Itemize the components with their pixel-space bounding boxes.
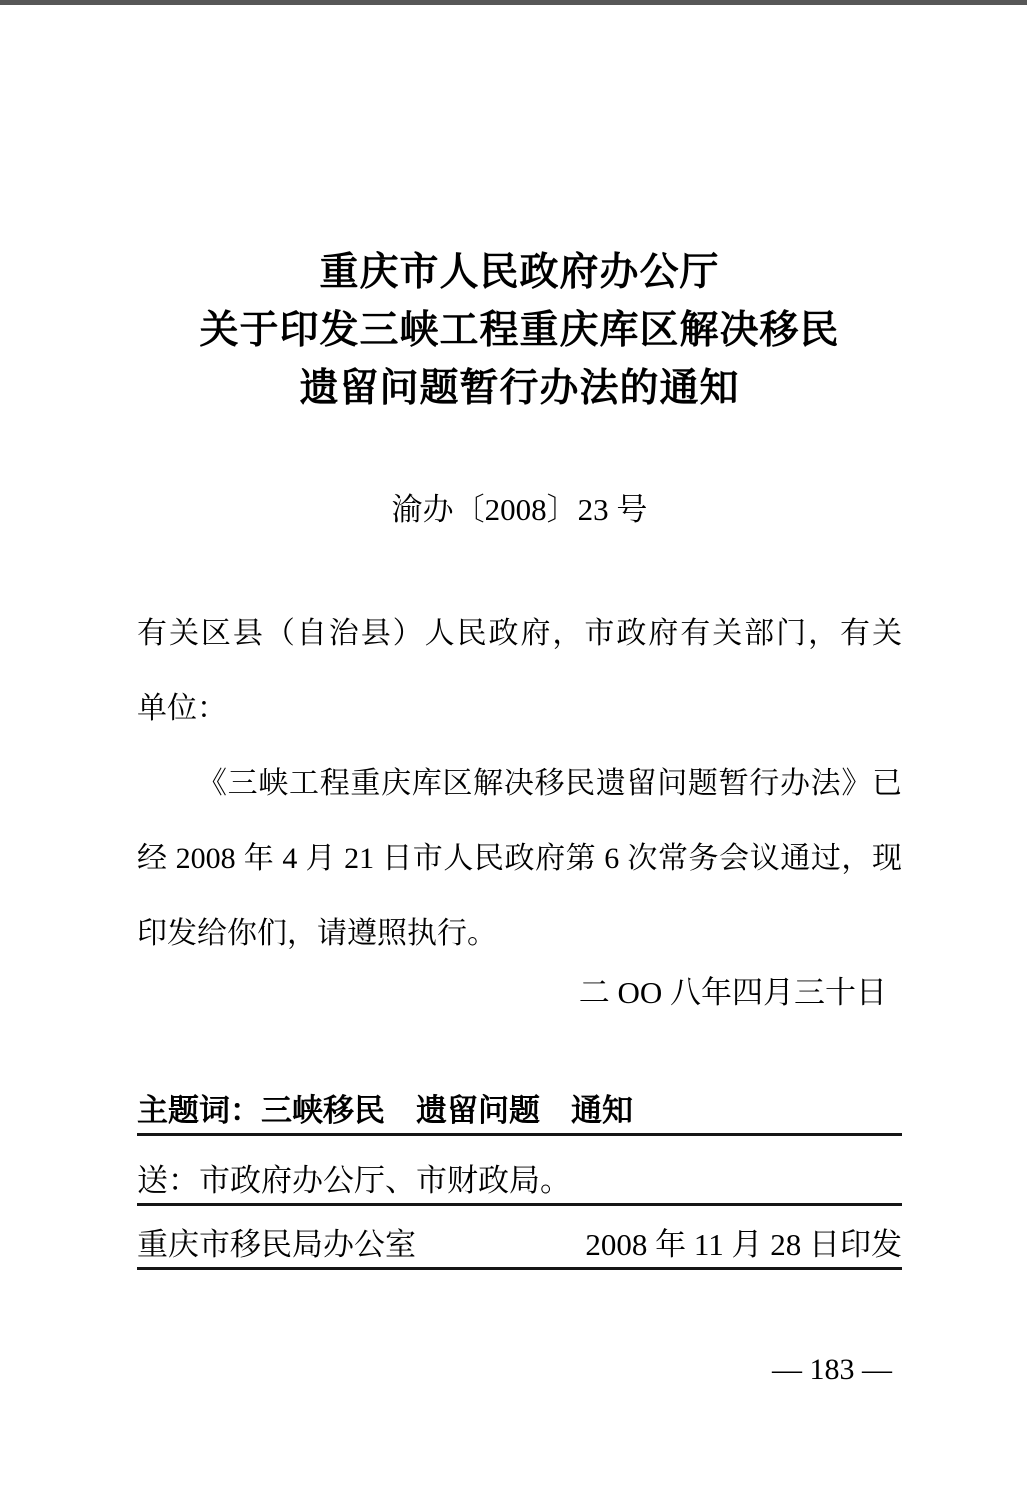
document-footer: 主题词：三峡移民 遗留问题 通知 送：市政府办公厅、市财政局。 重庆市移民局办公… bbox=[137, 1089, 902, 1270]
salutation-line: 有关区县（自治县）人民政府，市政府有关部门，有关 bbox=[137, 596, 902, 671]
cc-row: 送：市政府办公厅、市财政局。 bbox=[137, 1136, 902, 1206]
signature-date: 二 OO 八年四月三十日 bbox=[137, 971, 902, 1015]
title-line-3: 遗留问题暂行办法的通知 bbox=[137, 360, 902, 418]
issuing-office: 重庆市移民局办公室 bbox=[137, 1223, 416, 1267]
page-number: — 183 — bbox=[137, 1352, 902, 1388]
document-page: 重庆市人民政府办公厅 关于印发三峡工程重庆库区解决移民 遗留问题暂行办法的通知 … bbox=[0, 0, 1027, 1488]
title-line-2: 关于印发三峡工程重庆库区解决移民 bbox=[137, 302, 902, 360]
print-date: 2008 年 11 月 28 日印发 bbox=[585, 1223, 902, 1267]
paragraph-line: 经 2008 年 4 月 21 日市人民政府第 6 次常务会议通过，现 bbox=[137, 821, 902, 896]
document-content: 重庆市人民政府办公厅 关于印发三峡工程重庆库区解决移民 遗留问题暂行办法的通知 … bbox=[137, 244, 902, 1388]
document-body: 有关区县（自治县）人民政府，市政府有关部门，有关 单位： 《三峡工程重庆库区解决… bbox=[137, 596, 902, 971]
title-line-1: 重庆市人民政府办公厅 bbox=[137, 244, 902, 302]
document-title: 重庆市人民政府办公厅 关于印发三峡工程重庆库区解决移民 遗留问题暂行办法的通知 bbox=[137, 244, 902, 418]
issuer-row: 重庆市移民局办公室 2008 年 11 月 28 日印发 bbox=[137, 1206, 902, 1270]
salutation-line: 单位： bbox=[137, 671, 902, 746]
paragraph-line: 《三峡工程重庆库区解决移民遗留问题暂行办法》已 bbox=[137, 746, 902, 821]
subject-keywords-row: 主题词：三峡移民 遗留问题 通知 bbox=[137, 1089, 902, 1136]
document-number: 渝办〔2008〕23 号 bbox=[137, 490, 902, 530]
paragraph-line: 印发给你们，请遵照执行。 bbox=[137, 896, 902, 971]
top-screen-edge-bar bbox=[0, 0, 1027, 5]
